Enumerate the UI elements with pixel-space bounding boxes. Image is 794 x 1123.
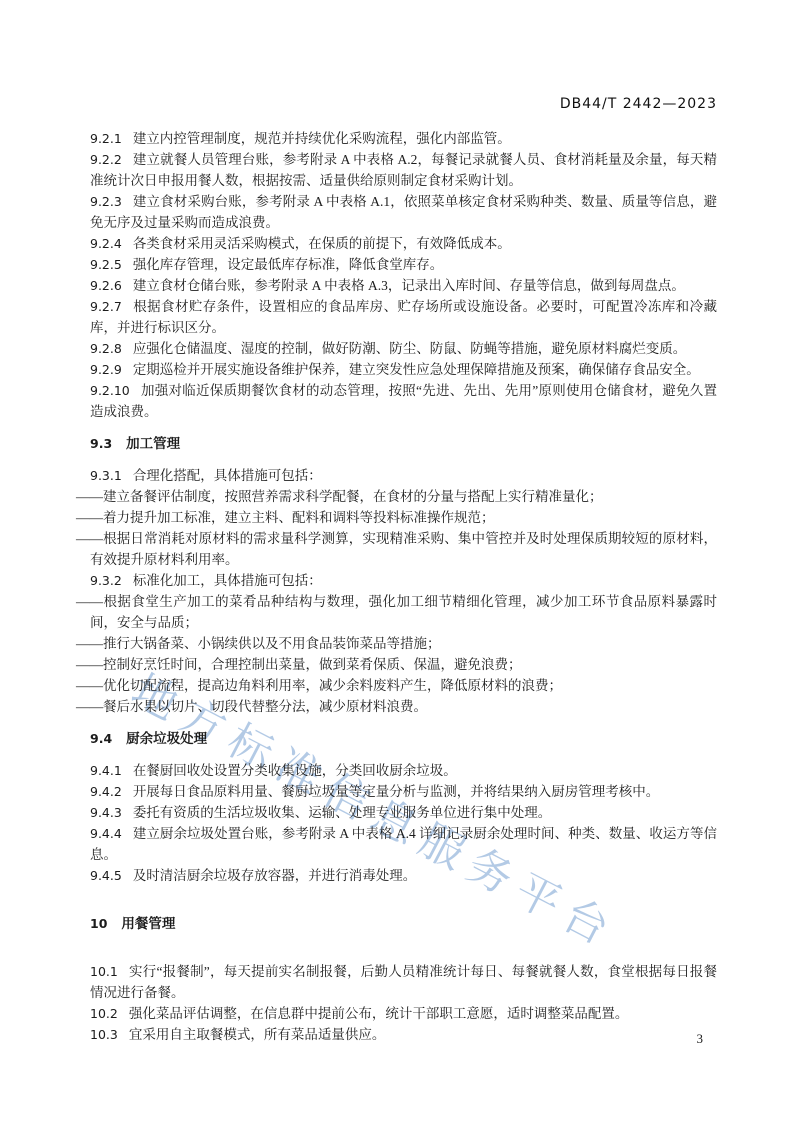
clause-text: 应强化仓储温度、湿度的控制，做好防潮、防尘、防鼠、防蝇等措施，避免原材料腐烂变质… (133, 341, 687, 356)
clause-number: 9.4.1 (90, 763, 122, 778)
clause-text: 强化库存管理，设定最低库存标准，降低食堂库存。 (133, 257, 444, 272)
clause: 9.2.4各类食材采用灵活采购模式，在保质的前提下，有效降低成本。 (90, 233, 717, 254)
document-body: 9.2.1建立内控管理制度，规范并持续优化采购流程，强化内部监管。9.2.2建立… (90, 128, 717, 1045)
clause-number: 9.2.6 (90, 278, 122, 293)
heading-number: 10 (90, 916, 107, 931)
clause: 9.4.2开展每日食品原料用量、餐厨垃圾量等定量分析与监测，并将结果纳入厨房管理… (90, 781, 717, 802)
page-header: DB44/T 2442—2023 (90, 96, 717, 112)
clause-text: 开展每日食品原料用量、餐厨垃圾量等定量分析与监测，并将结果纳入厨房管理考核中。 (133, 784, 660, 799)
clause: 9.2.5强化库存管理，设定最低库存标准，降低食堂库存。 (90, 254, 717, 275)
section-heading: 9.4厨余垃圾处理 (90, 728, 717, 749)
clause-number: 10.2 (90, 1006, 118, 1021)
clause: 9.2.6建立食材仓储台账，参考附录 A 中表格 A.3，记录出入库时间、存量等… (90, 275, 717, 296)
clause-number: 9.2.3 (90, 194, 122, 209)
clause-number: 9.4.2 (90, 784, 122, 799)
clause-number: 9.2.10 (90, 383, 130, 398)
clause-text: 及时清洁厨余垃圾存放容器，并进行消毒处理。 (133, 868, 417, 883)
clause-text: 各类食材采用灵活采购模式，在保质的前提下，有效降低成本。 (133, 236, 511, 251)
dash-item: ——推行大锅备菜、小锅续供以及不用食品装饰菜品等措施； (90, 633, 717, 654)
clause-text: 强化菜品评估调整，在信息群中提前公布，统计干部职工意愿，适时调整菜品配置。 (129, 1006, 629, 1021)
clause: 9.4.1在餐厨回收处设置分类收集设施，分类回收厨余垃圾。 (90, 760, 717, 781)
clause-number: 9.2.7 (90, 299, 122, 314)
clause: 9.3.2标准化加工，具体措施可包括： (90, 570, 717, 591)
dash-item: ——餐后水果以切片、切段代替整分法，减少原材料浪费。 (90, 696, 717, 717)
clause: 9.3.1合理化搭配，具体措施可包括： (90, 465, 717, 486)
clause: 9.2.10加强对临近保质期餐饮食材的动态管理，按照“先进、先出、先用”原则使用… (90, 380, 717, 422)
clause-text: 建立食材采购台账，参考附录 A 中表格 A.1，依照菜单核定食材采购种类、数量、… (90, 194, 717, 230)
document-page: 地方标准信息服务平台 DB44/T 2442—2023 9.2.1建立内控管理制… (0, 0, 794, 1123)
clause-text: 在餐厨回收处设置分类收集设施，分类回收厨余垃圾。 (133, 763, 457, 778)
clause-number: 9.2.1 (90, 131, 122, 146)
heading-title: 厨余垃圾处理 (126, 731, 207, 746)
clause-text: 委托有资质的生活垃圾收集、运输、处理专业服务单位进行集中处理。 (133, 805, 552, 820)
clause-text: 合理化搭配，具体措施可包括： (133, 468, 322, 483)
clause: 9.4.4建立厨余垃圾处置台账，参考附录 A 中表格 A.4 详细记录厨余处理时… (90, 823, 717, 865)
page-number: 3 (697, 1031, 704, 1047)
clause: 9.2.7根据食材贮存条件，设置相应的食品库房、贮存场所或设施设备。必要时，可配… (90, 296, 717, 338)
clause: 9.2.8应强化仓储温度、湿度的控制，做好防潮、防尘、防鼠、防蝇等措施，避免原材… (90, 338, 717, 359)
dash-item: ——根据日常消耗对原材料的需求量科学测算，实现精准采购、集中管控并及时处理保质期… (90, 528, 717, 570)
clause-text: 定期巡检并开展实施设备维护保养，建立突发性应急处理保障措施及预案，确保储存食品安… (133, 362, 700, 377)
clause: 9.2.3建立食材采购台账，参考附录 A 中表格 A.1，依照菜单核定食材采购种… (90, 191, 717, 233)
clause: 9.4.5及时清洁厨余垃圾存放容器，并进行消毒处理。 (90, 865, 717, 886)
section-heading: 9.3加工管理 (90, 433, 717, 454)
clause-number: 9.2.2 (90, 152, 122, 167)
clause-text: 宜采用自主取餐模式，所有菜品适量供应。 (129, 1027, 386, 1042)
section-heading: 10用餐管理 (90, 913, 717, 934)
clause: 9.2.2建立就餐人员管理台账，参考附录 A 中表格 A.2，每餐记录就餐人员、… (90, 149, 717, 191)
clause-number: 9.2.5 (90, 257, 122, 272)
clause-text: 建立厨余垃圾处置台账，参考附录 A 中表格 A.4 详细记录厨余处理时间、种类、… (90, 826, 717, 862)
dash-item: ——优化切配流程，提高边角料利用率，减少余料废料产生，降低原材料的浪费； (90, 675, 717, 696)
clause-text: 标准化加工，具体措施可包括： (133, 573, 322, 588)
clause: 10.1实行“报餐制”，每天提前实名制报餐，后勤人员精准统计每日、每餐就餐人数，… (90, 961, 717, 1003)
clause: 9.2.9定期巡检并开展实施设备维护保养，建立突发性应急处理保障措施及预案，确保… (90, 359, 717, 380)
heading-number: 9.3 (90, 436, 112, 451)
clause-number: 9.2.8 (90, 341, 122, 356)
clause-text: 建立内控管理制度，规范并持续优化采购流程，强化内部监管。 (133, 131, 511, 146)
clause-text: 根据食材贮存条件，设置相应的食品库房、贮存场所或设施设备。必要时，可配置冷冻库和… (90, 299, 717, 335)
clause: 10.3宜采用自主取餐模式，所有菜品适量供应。 (90, 1024, 717, 1045)
clause-text: 实行“报餐制”，每天提前实名制报餐，后勤人员精准统计每日、每餐就餐人数，食堂根据… (90, 964, 717, 1000)
clause-text: 建立食材仓储台账，参考附录 A 中表格 A.3，记录出入库时间、存量等信息，做到… (133, 278, 685, 293)
dash-item: ——控制好烹饪时间，合理控制出菜量，做到菜肴保质、保温，避免浪费； (90, 654, 717, 675)
clause-number: 9.2.9 (90, 362, 122, 377)
clause: 10.2强化菜品评估调整，在信息群中提前公布，统计干部职工意愿，适时调整菜品配置… (90, 1003, 717, 1024)
dash-item: ——根据食堂生产加工的菜肴品种结构与数理，强化加工细节精细化管理，减少加工环节食… (90, 591, 717, 633)
clause: 9.2.1建立内控管理制度，规范并持续优化采购流程，强化内部监管。 (90, 128, 717, 149)
dash-item: ——着力提升加工标准，建立主料、配料和调料等投料标准操作规范； (90, 507, 717, 528)
heading-number: 9.4 (90, 731, 112, 746)
clause-number: 9.3.2 (90, 573, 122, 588)
heading-title: 用餐管理 (121, 916, 175, 931)
clause-number: 10.1 (90, 964, 118, 979)
heading-title: 加工管理 (126, 436, 180, 451)
clause-number: 9.4.5 (90, 868, 122, 883)
clause-number: 10.3 (90, 1027, 118, 1042)
clause: 9.4.3委托有资质的生活垃圾收集、运输、处理专业服务单位进行集中处理。 (90, 802, 717, 823)
doc-code: DB44/T 2442—2023 (560, 96, 717, 112)
clause-number: 9.3.1 (90, 468, 122, 483)
clause-number: 9.2.4 (90, 236, 122, 251)
clause-number: 9.4.4 (90, 826, 122, 841)
clause-number: 9.4.3 (90, 805, 122, 820)
clause-text: 加强对临近保质期餐饮食材的动态管理，按照“先进、先出、先用”原则使用仓储食材，避… (90, 383, 717, 419)
dash-item: ——建立备餐评估制度，按照营养需求科学配餐，在食材的分量与搭配上实行精准量化； (90, 486, 717, 507)
clause-text: 建立就餐人员管理台账，参考附录 A 中表格 A.2，每餐记录就餐人员、食材消耗量… (90, 152, 717, 188)
